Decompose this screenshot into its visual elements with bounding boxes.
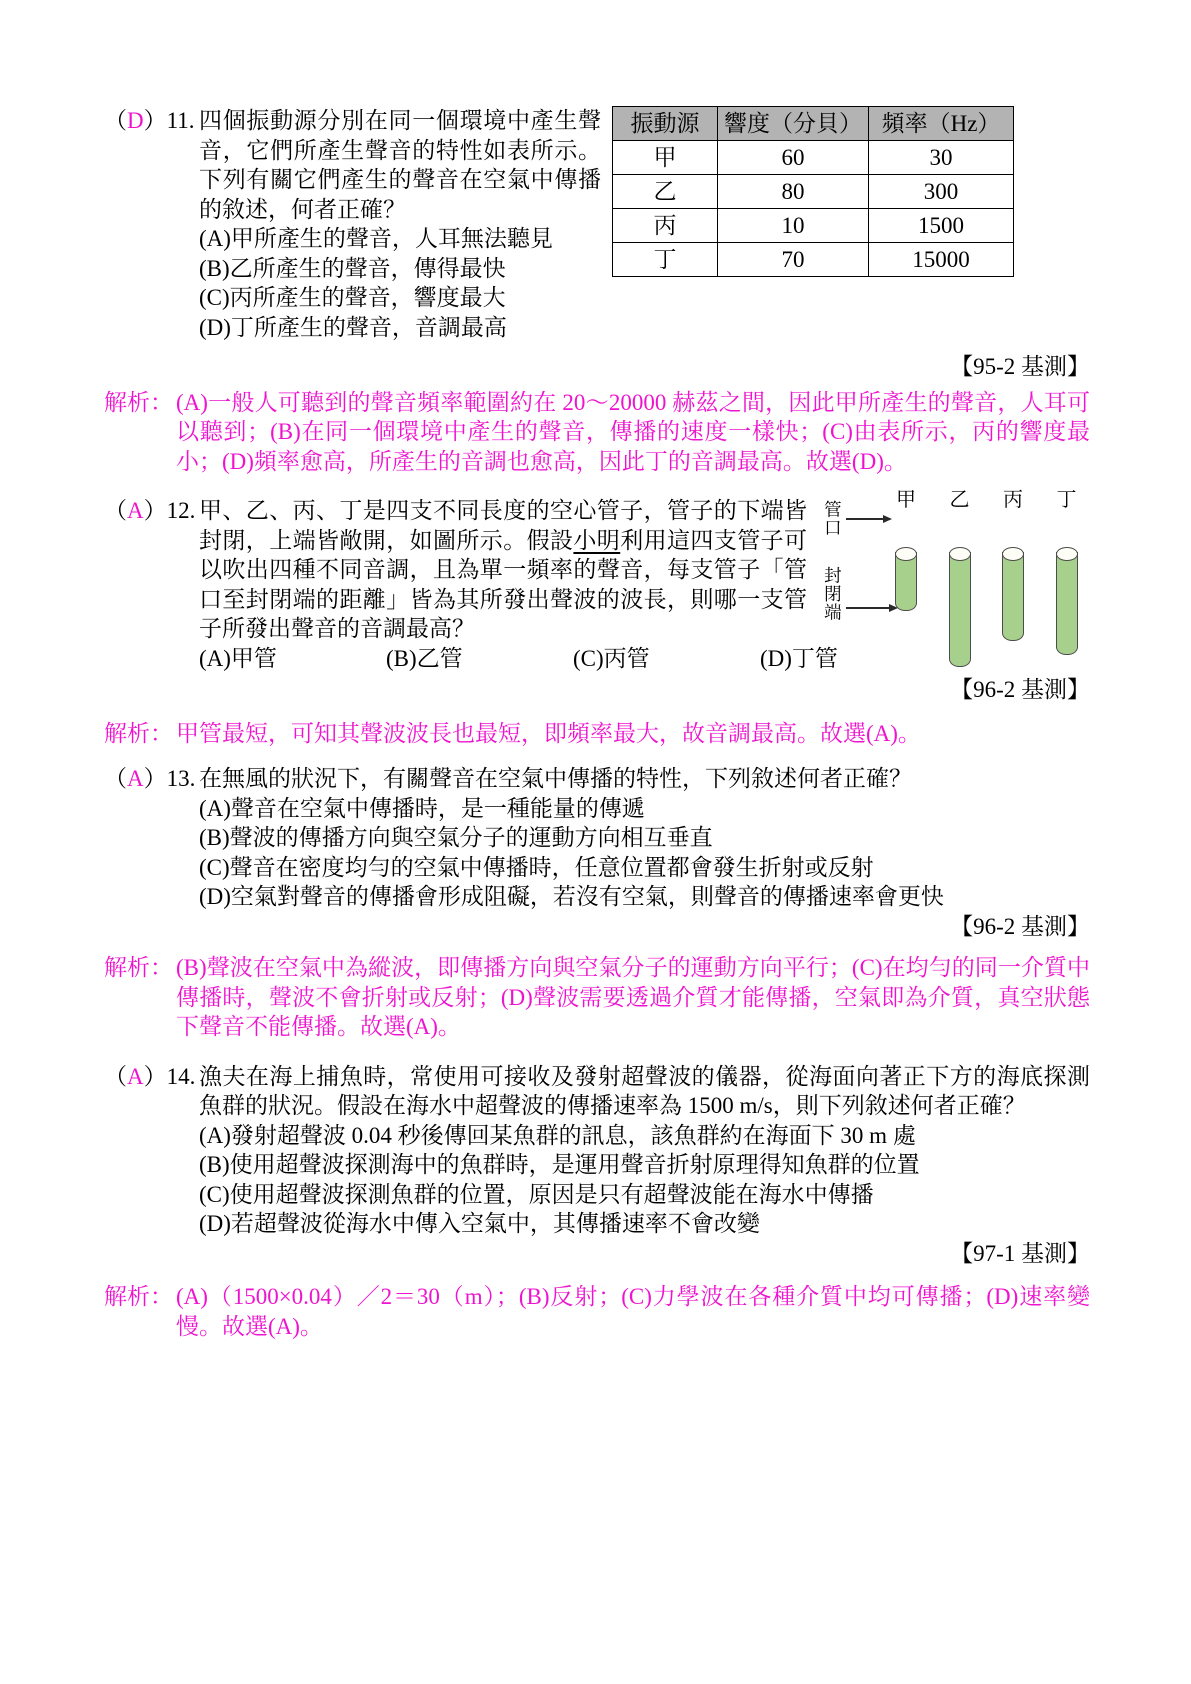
question-number-q11: 11.	[167, 108, 195, 133]
open-paren: （	[104, 766, 127, 791]
tube-opening	[1002, 547, 1024, 561]
tube-label: 丁	[1056, 488, 1078, 512]
analysis-text-q12: 甲管最短，可知其聲波波長也最短，即頻率最大，故音調最高。故選(A)。	[176, 719, 1090, 749]
question-number-q14: 14.	[167, 1064, 196, 1089]
table-cell: 70	[718, 243, 869, 277]
tube-opening	[949, 547, 971, 561]
close-paren: ）	[144, 108, 167, 133]
tube: 丙	[1002, 488, 1024, 641]
answer-marker-q12: （A）12.	[104, 496, 199, 526]
open-paren: （	[104, 108, 127, 133]
student-name-underlined: 小明	[573, 528, 620, 553]
answer-letter-q11: D	[127, 108, 144, 133]
option-a: (A)聲音在空氣中傳播時，是一種能量的傳遞	[199, 794, 1090, 824]
question-12-block: （A）12. 甲、乙、丙、丁是四支不同長度的空心管子，管子的下端皆封閉，上端皆敞…	[104, 496, 1090, 748]
analysis-text-q13: (B)聲波在空氣中為縱波，即傳播方向與空氣分子的運動方向平行；(C)在均勻的同一…	[176, 953, 1090, 1042]
exam-page: （D）11. 四個振動源分別在同一個環境中產生聲音，它們所產生聲音的特性如表所示…	[0, 0, 1191, 1684]
analysis-label: 解析：	[104, 719, 176, 749]
table-cell: 丁	[613, 243, 718, 277]
question-13-text: 在無風的狀況下，有關聲音在空氣中傳播的特性，下列敘述何者正確？	[199, 764, 1090, 794]
analysis-label: 解析：	[104, 953, 176, 1042]
source-tag-q11: 【95-2 基測】	[104, 352, 1090, 382]
analysis-q11: 解析： (A)一般人可聽到的聲音頻率範圍約在 20～20000 赫茲之間，因此甲…	[104, 388, 1090, 477]
option-d: (D)空氣對聲音的傳播會形成阻礙，若沒有空氣，則聲音的傳播速率會更快	[199, 882, 1090, 912]
analysis-label: 解析：	[104, 388, 176, 477]
question-11-body: 四個振動源分別在同一個環境中產生聲音，它們所產生聲音的特性如表所示。下列有關它們…	[199, 106, 612, 342]
analysis-text-q14: (A)（1500×0.04）／2＝30（m）；(B)反射；(C)力學波在各種介質…	[176, 1282, 1090, 1341]
option-b: (B)聲波的傳播方向與空氣分子的運動方向相互垂直	[199, 823, 1090, 853]
tube-body	[1056, 552, 1078, 655]
closed-pipes-figure: 管口 封閉端 甲 乙 丙 丁	[806, 486, 1098, 682]
question-14-block: （A）14. 漁夫在海上捕魚時，常使用可接收及發射超聲波的儀器，從海面向著正下方…	[104, 1062, 1090, 1342]
analysis-text-q11: (A)一般人可聽到的聲音頻率範圍約在 20～20000 赫茲之間，因此甲所產生的…	[176, 388, 1090, 477]
question-number-q13: 13.	[167, 766, 196, 791]
sound-sources-table: 振動源響度（分貝）頻率（Hz） 甲6030乙80300丙101500丁70150…	[612, 106, 1014, 277]
table-cell: 甲	[613, 141, 718, 175]
answer-marker-q14: （A）14.	[104, 1062, 199, 1092]
source-tag-q14: 【97-1 基測】	[104, 1239, 1090, 1269]
option-b: (B)乙所產生的聲音，傳得最快	[199, 254, 612, 284]
question-13-body: 在無風的狀況下，有關聲音在空氣中傳播的特性，下列敘述何者正確？ (A)聲音在空氣…	[199, 764, 1090, 912]
arrow-icon	[846, 518, 884, 520]
option-a: (A)甲管	[199, 644, 386, 674]
option-c: (C)丙所產生的聲音，響度最大	[199, 283, 612, 313]
question-number-q12: 12.	[167, 498, 196, 523]
tube: 甲	[895, 488, 917, 611]
table-cell: 80	[718, 175, 869, 209]
option-d: (D)若超聲波從海水中傳入空氣中，其傳播速率不會改變	[199, 1209, 1090, 1239]
question-11-options: (A)甲所產生的聲音，人耳無法聽見 (B)乙所產生的聲音，傳得最快 (C)丙所產…	[199, 224, 612, 342]
table-cell: 60	[718, 141, 869, 175]
open-paren: （	[104, 1064, 127, 1089]
table-header-cell: 振動源	[613, 107, 718, 141]
close-paren: ）	[144, 766, 167, 791]
question-11-main: （D）11. 四個振動源分別在同一個環境中產生聲音，它們所產生聲音的特性如表所示…	[104, 106, 612, 342]
table-row: 甲6030	[613, 141, 1014, 175]
tube-body	[895, 552, 917, 611]
table-cell: 30	[869, 141, 1014, 175]
option-b: (B)乙管	[386, 644, 573, 674]
answer-marker-q13: （A）13.	[104, 764, 199, 794]
analysis-label: 解析：	[104, 1282, 176, 1341]
close-paren: ）	[144, 498, 167, 523]
analysis-q13: 解析： (B)聲波在空氣中為縱波，即傳播方向與空氣分子的運動方向平行；(C)在均…	[104, 953, 1090, 1042]
analysis-q14: 解析： (A)（1500×0.04）／2＝30（m）；(B)反射；(C)力學波在…	[104, 1282, 1090, 1341]
table-row: 丁7015000	[613, 243, 1014, 277]
table-header-cell: 響度（分貝）	[718, 107, 869, 141]
close-paren: ）	[144, 1064, 167, 1089]
question-14-text: 漁夫在海上捕魚時，常使用可接收及發射超聲波的儀器，從海面向著正下方的海底探測魚群…	[199, 1062, 1090, 1121]
option-c: (C)丙管	[573, 644, 760, 674]
option-c: (C)聲音在密度均勻的空氣中傳播時，任意位置都會發生折射或反射	[199, 853, 1090, 883]
question-13-block: （A）13. 在無風的狀況下，有關聲音在空氣中傳播的特性，下列敘述何者正確？ (…	[104, 764, 1090, 1042]
tube-label: 丙	[1002, 488, 1024, 512]
analysis-q12: 解析： 甲管最短，可知其聲波波長也最短，即頻率最大，故音調最高。故選(A)。	[104, 719, 1090, 749]
open-paren: （	[104, 498, 127, 523]
tube-label: 甲	[895, 488, 917, 512]
table-row: 丙101500	[613, 209, 1014, 243]
table-header-row: 振動源響度（分貝）頻率（Hz）	[613, 107, 1014, 141]
table-cell: 乙	[613, 175, 718, 209]
table-header-cell: 頻率（Hz）	[869, 107, 1014, 141]
tube: 乙	[949, 488, 971, 667]
table-cell: 10	[718, 209, 869, 243]
option-a: (A)發射超聲波 0.04 秒後傳回某魚群的訊息，該魚群約在海面下 30 m 處	[199, 1121, 1090, 1151]
tube-body	[1002, 552, 1024, 641]
table-cell: 15000	[869, 243, 1014, 277]
closed-end-label: 封閉端	[823, 566, 841, 622]
tube-opening	[1056, 547, 1078, 561]
question-11-text: 四個振動源分別在同一個環境中產生聲音，它們所產生聲音的特性如表所示。下列有關它們…	[199, 106, 601, 224]
source-tag-q13: 【96-2 基測】	[104, 912, 1090, 942]
option-b: (B)使用超聲波探測海中的魚群時，是運用聲音折射原理得知魚群的位置	[199, 1150, 1090, 1180]
question-12-text: 甲、乙、丙、丁是四支不同長度的空心管子，管子的下端皆封閉，上端皆敞開，如圖所示。…	[199, 496, 807, 644]
answer-marker-q11: （D）11.	[104, 106, 199, 136]
option-c: (C)使用超聲波探測魚群的位置，原因是只有超聲波能在海水中傳播	[199, 1180, 1090, 1210]
question-13-options: (A)聲音在空氣中傳播時，是一種能量的傳遞 (B)聲波的傳播方向與空氣分子的運動…	[199, 794, 1090, 912]
tube-opening	[895, 547, 917, 561]
question-12-body: 甲、乙、丙、丁是四支不同長度的空心管子，管子的下端皆封閉，上端皆敞開，如圖所示。…	[199, 496, 1090, 673]
table-cell: 300	[869, 175, 1014, 209]
option-a: (A)甲所產生的聲音，人耳無法聽見	[199, 224, 612, 254]
answer-letter-q13: A	[127, 766, 144, 791]
option-d: (D)丁所產生的聲音，音調最高	[199, 313, 612, 343]
question-11-block: （D）11. 四個振動源分別在同一個環境中產生聲音，它們所產生聲音的特性如表所示…	[104, 106, 1090, 476]
answer-letter-q12: A	[127, 498, 144, 523]
table-cell: 1500	[869, 209, 1014, 243]
question-14-body: 漁夫在海上捕魚時，常使用可接收及發射超聲波的儀器，從海面向著正下方的海底探測魚群…	[199, 1062, 1090, 1239]
question-14-options: (A)發射超聲波 0.04 秒後傳回某魚群的訊息，該魚群約在海面下 30 m 處…	[199, 1121, 1090, 1239]
answer-letter-q14: A	[127, 1064, 144, 1089]
tube-body	[949, 552, 971, 667]
table-row: 乙80300	[613, 175, 1014, 209]
table-cell: 丙	[613, 209, 718, 243]
pipe-mouth-label: 管口	[823, 500, 841, 537]
tube: 丁	[1056, 488, 1078, 655]
arrow-icon	[846, 607, 890, 609]
tube-label: 乙	[949, 488, 971, 512]
